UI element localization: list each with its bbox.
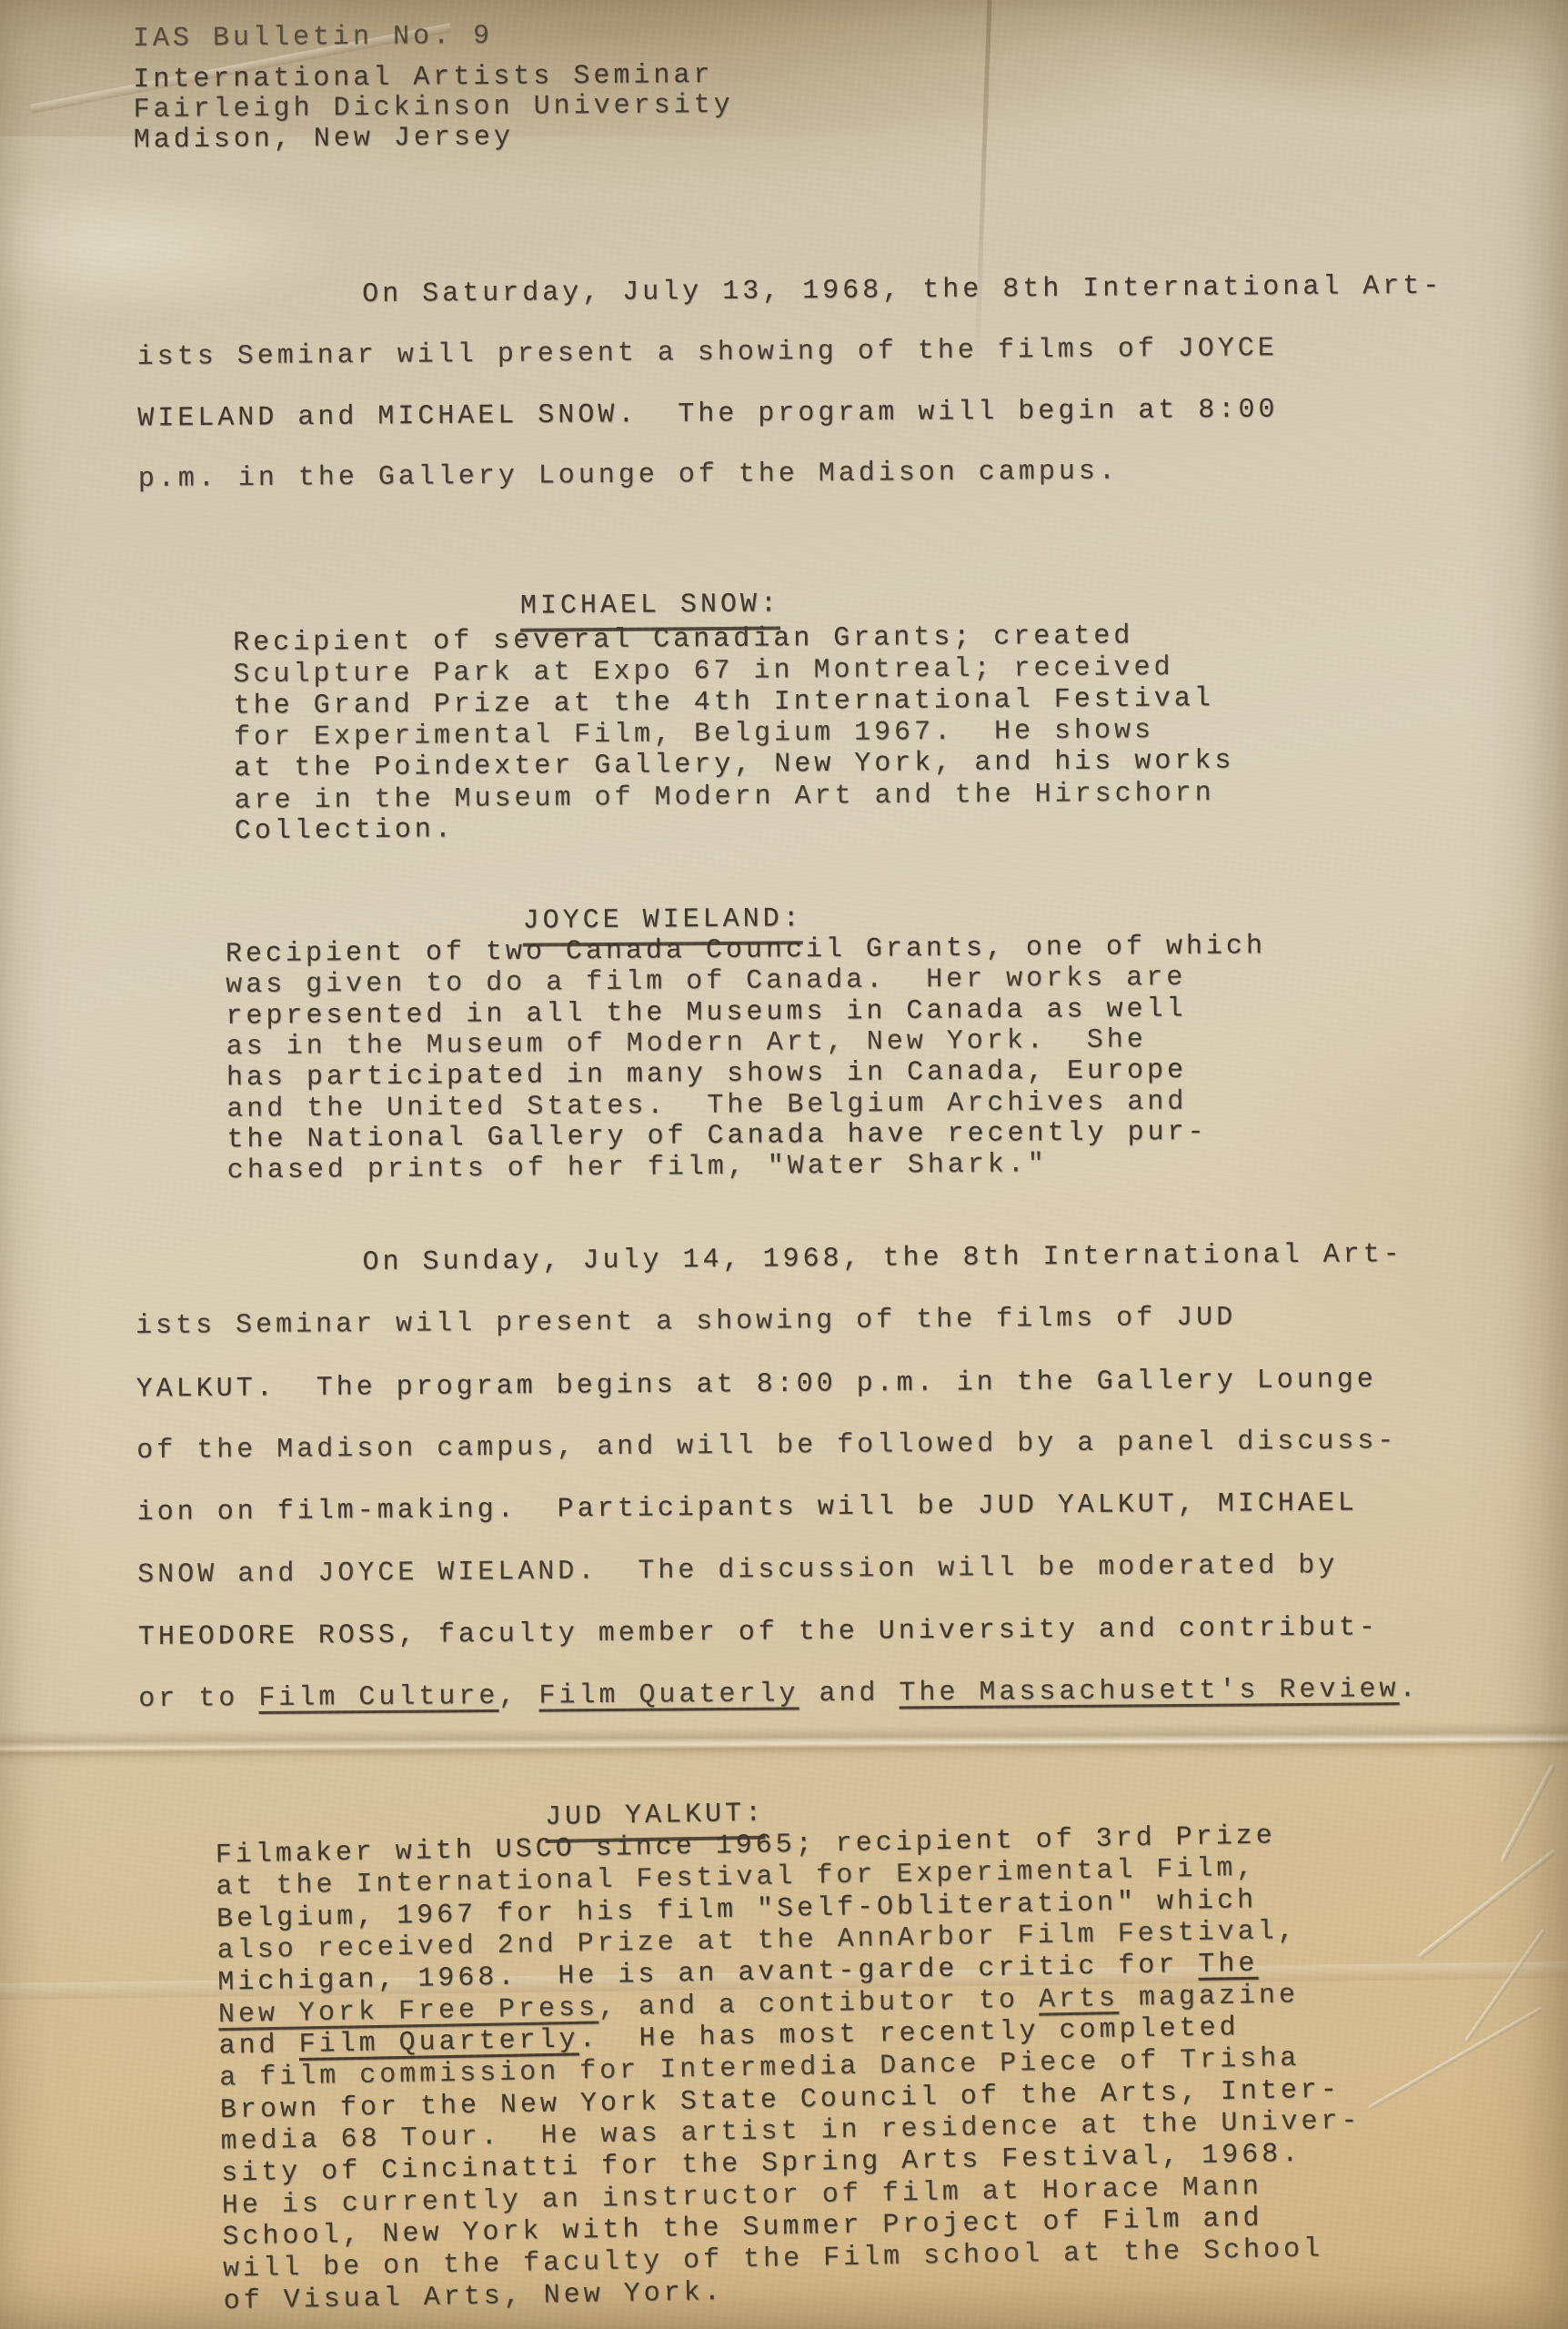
text-segment: and [218,2030,299,2062]
scanned-typewritten-page: { "colors": { "paper_light": "#dad0ba", … [0,0,1568,2329]
underlined-text: The [1198,1949,1259,1981]
underlined-text: Arts [1039,1983,1120,2016]
text-segment: magazine [1119,1980,1300,2014]
bio-jud-yalkut: Filmaker with USCO since 1965; recipient… [216,1820,1365,2318]
lower-page-section: JUD YALKUT: Filmaker with USCO since 196… [0,0,1568,2329]
document-content: IAS Bulletin No. 9 International Artists… [0,0,1568,2329]
underlined-text: Film Quarterly [298,2024,579,2061]
underlined-text: New York Free Press [218,1993,599,2032]
